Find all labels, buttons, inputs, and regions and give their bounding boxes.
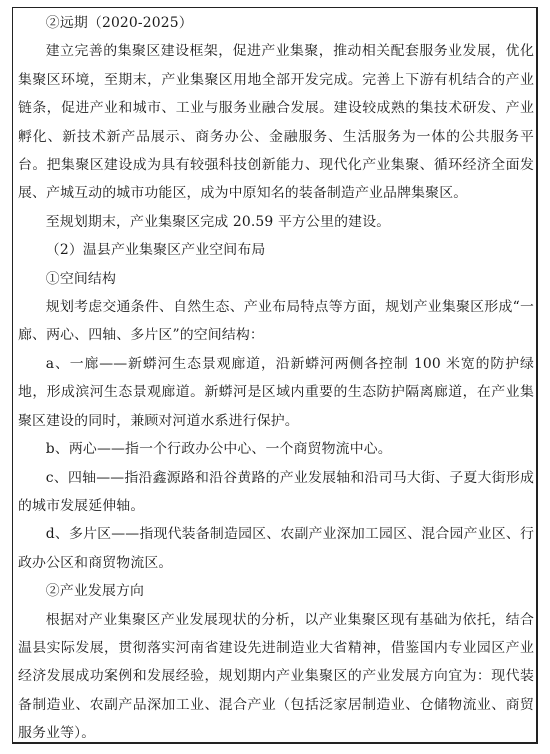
paragraph-planned-area: 至规划期末，产业集聚区完成 20.59 平方公里的建设。	[18, 208, 534, 236]
heading-spatial-structure: ①空间结构	[18, 265, 534, 293]
heading-spatial-layout: （2）温县产业集聚区产业空间布局	[18, 236, 534, 264]
list-item-four-axes: c、四轴——指沿鑫源路和沿谷黄路的产业发展轴和沿司马大街、子夏大街形成的城市发展…	[18, 464, 534, 521]
paragraph-industry-direction: 根据对产业集聚区产业发展现状的分析，以产业集聚区现有基础为依托，结合温县实际发展…	[18, 606, 534, 748]
paragraph-long-term-goals: 建立完善的集聚区建设框架，促进产业集聚，推动相关配套服务业发展，优化集聚区环境，…	[18, 37, 534, 207]
list-item-corridor: a、一廊——新蟒河生态景观廊道，沿新蟒河两侧各控制 100 米宽的防护绿地，形成…	[18, 350, 534, 435]
heading-long-term-period: ②远期（2020-2025）	[18, 9, 534, 37]
list-item-multi-zones: d、多片区——指现代装备制造园区、农副产业深加工园区、混合园产业区、行政办公区和…	[18, 520, 534, 577]
heading-industry-direction: ②产业发展方向	[18, 577, 534, 605]
document-body: ②远期（2020-2025） 建立完善的集聚区建设框架，促进产业集聚，推动相关配…	[18, 9, 534, 748]
paragraph-structure-intro: 规划考虑交通条件、自然生态、产业布局特点等方面，规划产业集聚区形成“一廊、两心、…	[18, 293, 534, 350]
list-item-two-centers: b、两心——指一个行政办公中心、一个商贸物流中心。	[18, 435, 534, 463]
